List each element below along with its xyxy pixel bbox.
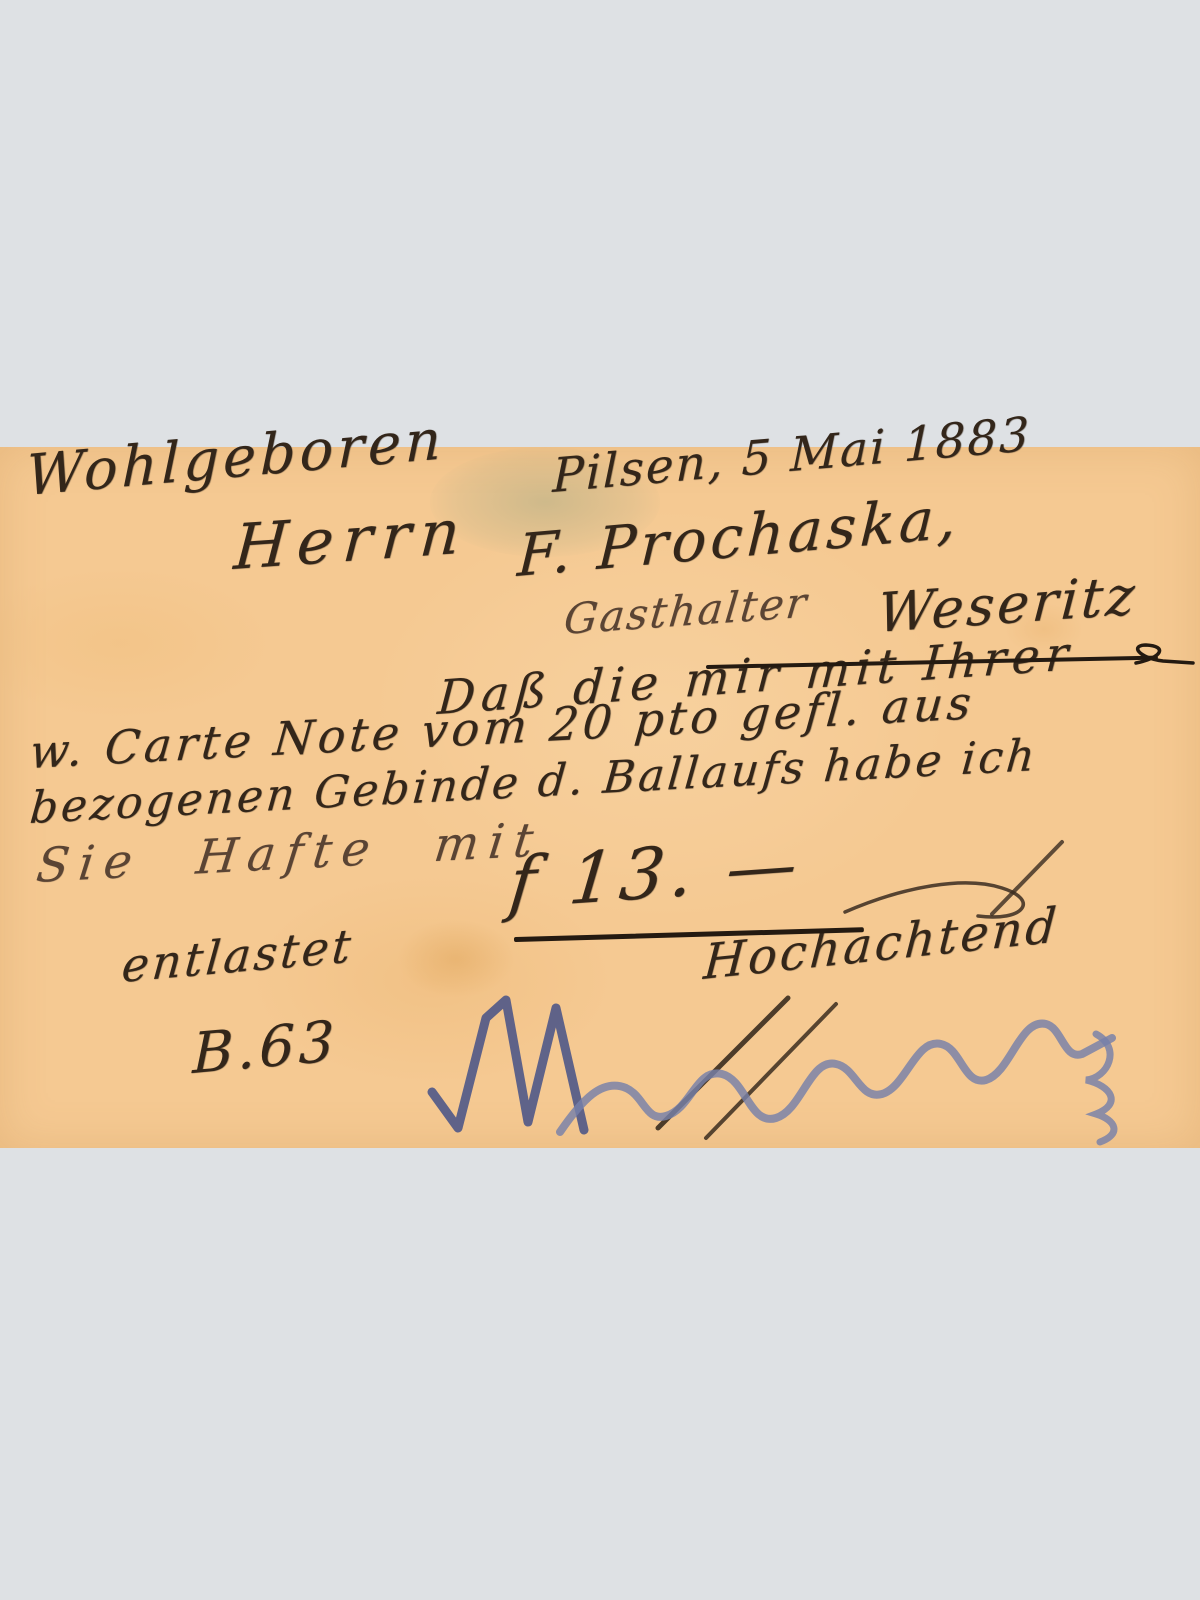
addressee-name-text: F. Prochaska, xyxy=(516,488,961,585)
postcard-paper: Wohlgeboren Pilsen, 5 Mai 1883 Herrn F. … xyxy=(0,447,1200,1148)
closing-left-text: entlastet xyxy=(120,922,355,989)
closing-right-text: Hochachtend xyxy=(702,901,1061,987)
scanned-postcard-page: Wohlgeboren Pilsen, 5 Mai 1883 Herrn F. … xyxy=(0,0,1200,1600)
reference-number-text: B.63 xyxy=(192,1014,339,1083)
addressee-occupation-text: Gasthalter xyxy=(562,582,810,641)
salutation-text: Wohlgeboren xyxy=(26,412,445,505)
amount-text: f 13. — xyxy=(506,828,806,919)
addressee-title-text: Herrn xyxy=(232,500,471,579)
